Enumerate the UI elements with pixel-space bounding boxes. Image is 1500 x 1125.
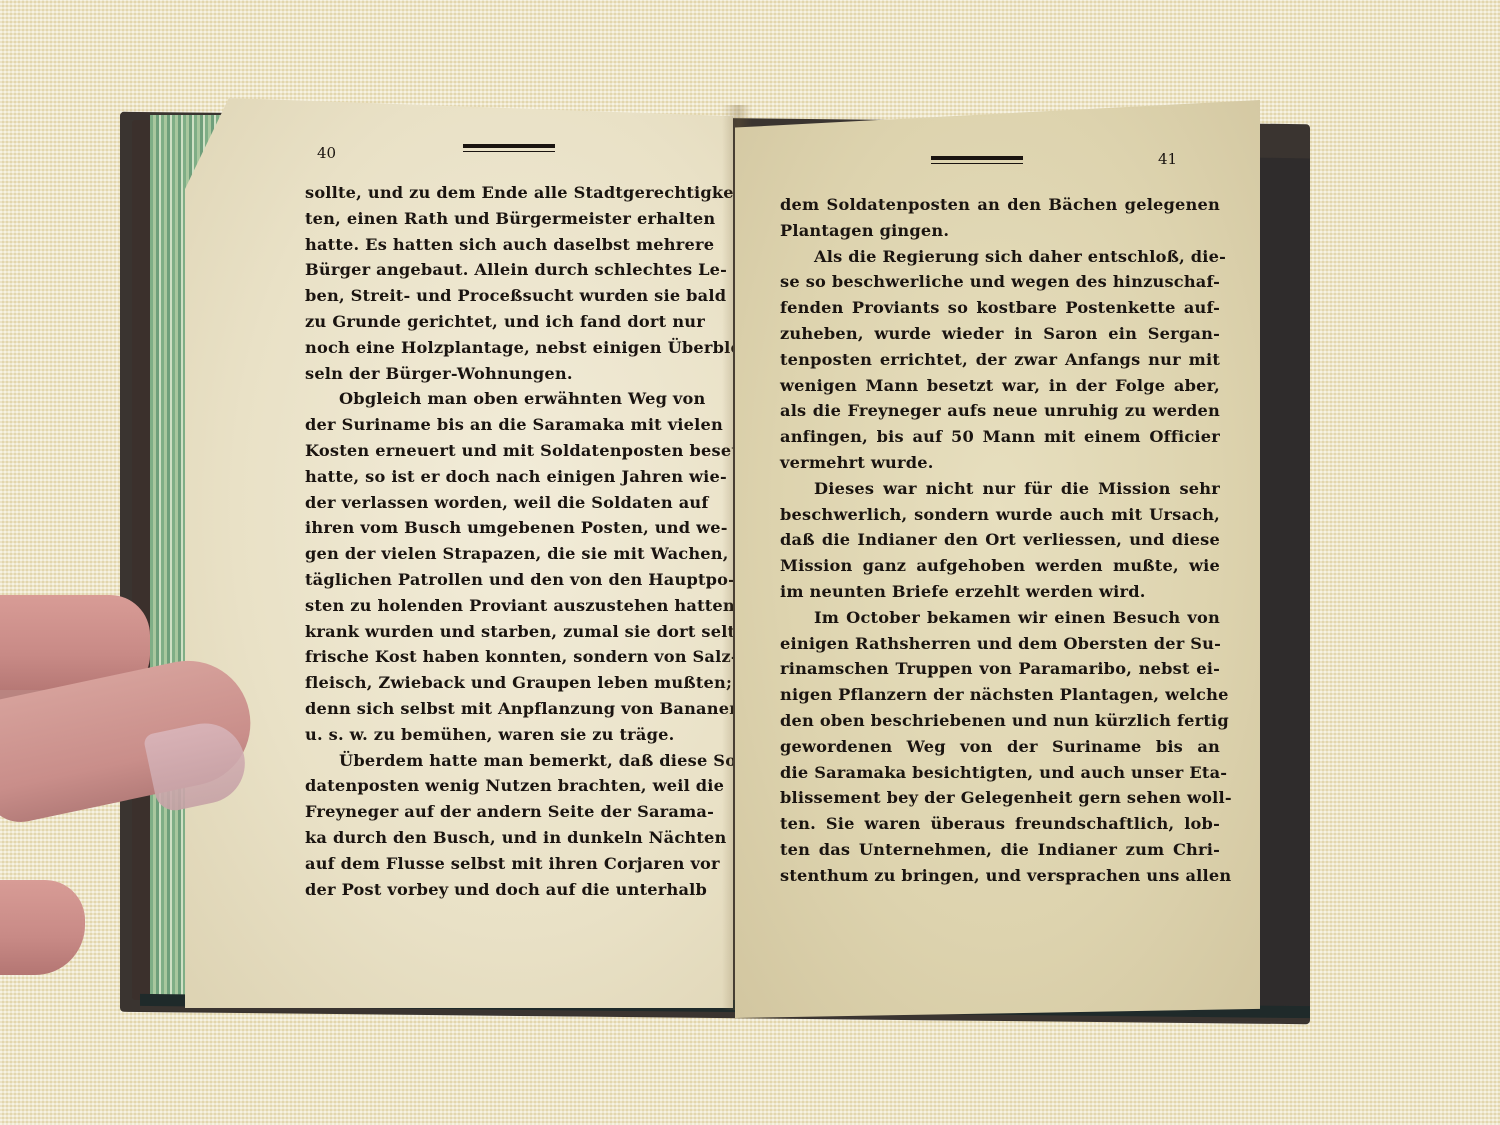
header-rule-left [463, 144, 555, 152]
right-page-text: dem Soldatenposten an den Bächen gelegen… [780, 192, 1220, 889]
text-line: Im October bekamen wir einen Besuch von [780, 605, 1220, 631]
text-line: gewordenen Weg von der Suriname bis an [780, 734, 1220, 760]
text-line: den oben beschriebenen und nun kürzlich … [780, 708, 1220, 734]
text-line: Obgleich man oben erwähnten Weg von [305, 386, 705, 412]
text-line: der verlassen worden, weil die Soldaten … [305, 490, 705, 516]
text-line: Überdem hatte man bemerkt, daß diese Sol… [305, 748, 705, 774]
text-line: gen der vielen Strapazen, die sie mit Wa… [305, 541, 705, 567]
left-page-text: sollte, und zu dem Ende alle Stadtgerech… [305, 180, 705, 902]
text-line: u. s. w. zu bemühen, waren sie zu träge. [305, 722, 705, 748]
text-line: beschwerlich, sondern wurde auch mit Urs… [780, 502, 1220, 528]
text-line: ihren vom Busch umgebenen Posten, und we… [305, 515, 705, 541]
text-line: auf dem Flusse selbst mit ihren Corjaren… [305, 851, 705, 877]
text-line: krank wurden und starben, zumal sie dort… [305, 619, 705, 645]
text-line: als die Freyneger aufs neue unruhig zu w… [780, 398, 1220, 424]
text-line: blissement bey der Gelegenheit gern sehe… [780, 785, 1220, 811]
text-line: Als die Regierung sich daher entschloß, … [780, 244, 1220, 270]
text-line: Freyneger auf der andern Seite der Saram… [305, 799, 705, 825]
text-line: ten, einen Rath und Bürgermeister erhalt… [305, 206, 705, 232]
text-line: fenden Proviants so kostbare Postenkette… [780, 295, 1220, 321]
text-line: die Saramaka besichtigten, und auch unse… [780, 760, 1220, 786]
page-number-left: 40 [317, 144, 336, 162]
text-line: datenposten wenig Nutzen brachten, weil … [305, 773, 705, 799]
right-page: 41 dem Soldatenposten an den Bächen gele… [735, 100, 1260, 1018]
text-line: hatte. Es hatten sich auch daselbst mehr… [305, 232, 705, 258]
text-line: ten das Unternehmen, die Indianer zum Ch… [780, 837, 1220, 863]
text-line: frische Kost haben konnten, sondern von … [305, 644, 705, 670]
text-line: täglichen Patrollen und den von den Haup… [305, 567, 705, 593]
text-line: noch eine Holzplantage, nebst einigen Üb… [305, 335, 705, 361]
book-cover-right-board [1252, 157, 1310, 1014]
header-rule-right [931, 156, 1023, 164]
text-line: daß die Indianer den Ort verliessen, und… [780, 527, 1220, 553]
text-line: im neunten Briefe erzehlt werden wird. [780, 579, 1220, 605]
text-line: anfingen, bis auf 50 Mann mit einem Offi… [780, 424, 1220, 450]
photo-scene: 40 sollte, und zu dem Ende alle Stadtger… [0, 0, 1500, 1125]
text-line: ka durch den Busch, und in dunkeln Nächt… [305, 825, 705, 851]
text-line: tenposten errichtet, der zwar Anfangs nu… [780, 347, 1220, 373]
text-line: fleisch, Zwieback und Graupen leben mußt… [305, 670, 705, 696]
text-line: sten zu holenden Proviant auszustehen ha… [305, 593, 705, 619]
text-line: nigen Pflanzern der nächsten Plantagen, … [780, 682, 1220, 708]
text-line: vermehrt wurde. [780, 450, 1220, 476]
text-line: rinamschen Truppen von Paramaribo, nebst… [780, 656, 1220, 682]
text-line: Plantagen gingen. [780, 218, 1220, 244]
ring-finger [0, 880, 85, 975]
text-line: stenthum zu bringen, und versprachen uns… [780, 863, 1220, 889]
middle-finger [0, 690, 140, 770]
text-line: seln der Bürger-Wohnungen. [305, 361, 705, 387]
text-line: dem Soldatenposten an den Bächen gelegen… [780, 192, 1220, 218]
text-line: Bürger angebaut. Allein durch schlechtes… [305, 257, 705, 283]
text-line: Dieses war nicht nur für die Mission seh… [780, 476, 1220, 502]
text-line: Mission ganz aufgehoben werden mußte, wi… [780, 553, 1220, 579]
text-line: der Suriname bis an die Saramaka mit vie… [305, 412, 705, 438]
text-line: se so beschwerliche und wegen des hinzus… [780, 269, 1220, 295]
text-line: ten. Sie waren überaus freundschaftlich,… [780, 811, 1220, 837]
text-line: der Post vorbey und doch auf die unterha… [305, 877, 705, 903]
text-line: denn sich selbst mit Anpflanzung von Ban… [305, 696, 705, 722]
text-line: ben, Streit- und Proceßsucht wurden sie … [305, 283, 705, 309]
text-line: sollte, und zu dem Ende alle Stadtgerech… [305, 180, 705, 206]
text-line: einigen Rathsherren und dem Obersten der… [780, 631, 1220, 657]
text-line: wenigen Mann besetzt war, in der Folge a… [780, 373, 1220, 399]
right-page-header: 41 [735, 140, 1260, 170]
left-page: 40 sollte, und zu dem Ende alle Stadtger… [185, 98, 733, 1008]
page-number-right: 41 [1158, 150, 1177, 168]
text-line: zuheben, wurde wieder in Saron ein Serga… [780, 321, 1220, 347]
text-line: hatte, so ist er doch nach einigen Jahre… [305, 464, 705, 490]
text-line: Kosten erneuert und mit Soldatenposten b… [305, 438, 705, 464]
text-line: zu Grunde gerichtet, und ich fand dort n… [305, 309, 705, 335]
left-page-header: 40 [185, 138, 733, 168]
